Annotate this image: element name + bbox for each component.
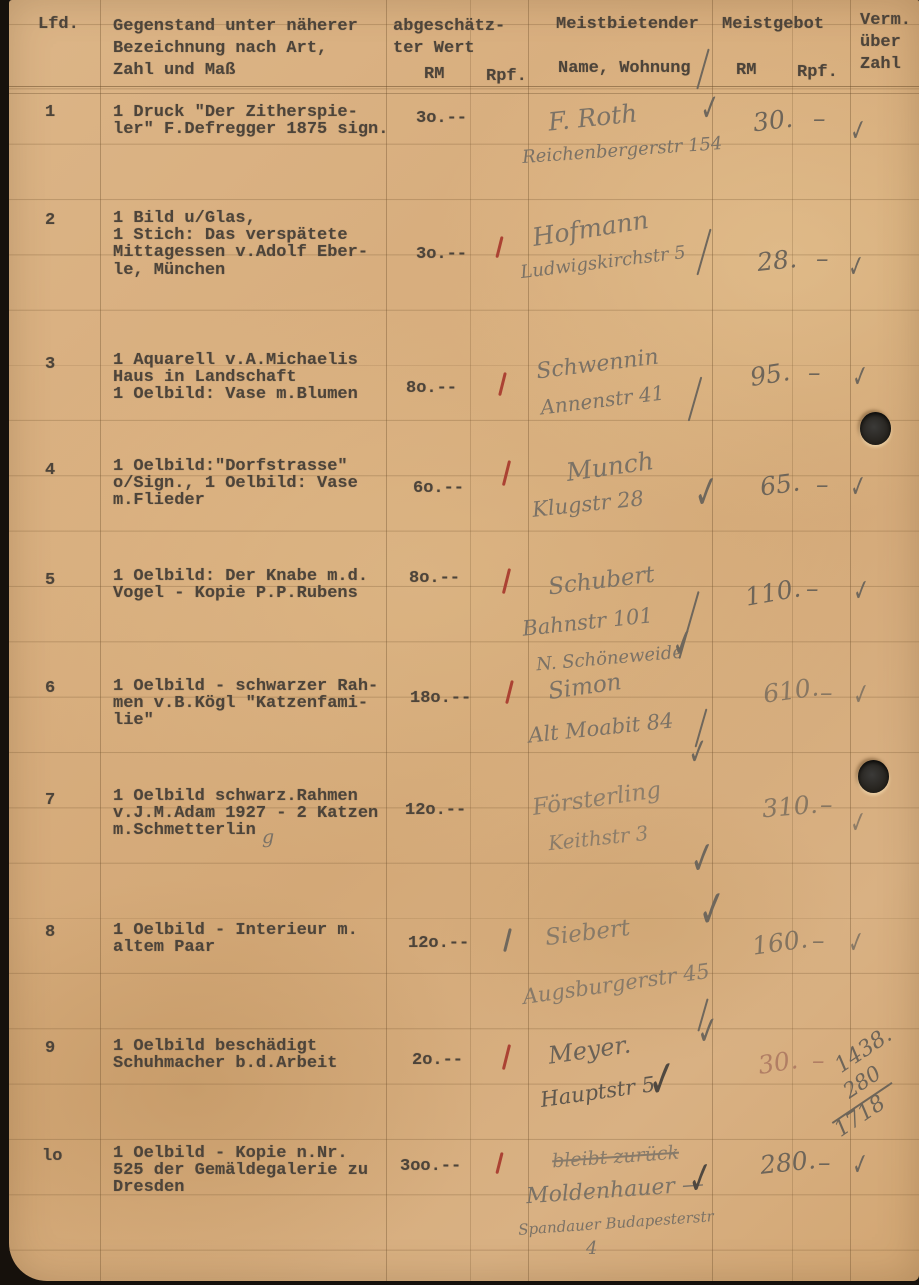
verm-checkmark: ✓ [852, 675, 871, 713]
estimated-value: 8o.-- [409, 570, 460, 587]
row-number: 3 [45, 356, 55, 373]
highest-bid-rpf: – [808, 358, 821, 387]
item-description: 1 Oelbild - Interieur m. altem Paar [113, 922, 358, 956]
item-description: 1 Druck "Der Zitherspie- ler" F.Defregge… [113, 104, 388, 138]
header-rule-bottom [9, 93, 919, 94]
form-horizontal-rules [9, 0, 919, 1281]
row-number: 6 [45, 680, 55, 697]
pencil-checkmark: ✓ [693, 474, 721, 514]
row-number: 8 [45, 924, 55, 941]
item-description: 1 Oelbild - Kopie n.Nr. 525 der Gemäldeg… [113, 1145, 368, 1197]
verm-checkmark: ✓ [849, 467, 868, 505]
verm-checkmark: ✓ [851, 1145, 870, 1183]
handwritten-letter-g: g [262, 826, 274, 848]
header-verm: Verm. über Zahl [860, 10, 911, 76]
header-rule-top [9, 86, 919, 87]
column-rule-meistbietender [712, 0, 713, 1281]
hole-punch-bottom [858, 760, 889, 793]
highest-bid-rm: 30. [756, 1045, 800, 1080]
verm-checkmark: ✓ [849, 803, 868, 841]
highest-bid-rm: 280. [759, 1145, 817, 1180]
hole-punch-top [860, 412, 891, 445]
column-rule-wert-rm-rpf [470, 0, 471, 1281]
column-rule-gebot-rm-rpf [792, 0, 793, 1281]
highest-bid-rm: 28. [756, 244, 799, 277]
highest-bid-rpf: – [816, 470, 829, 499]
highest-bid-rpf: – [820, 678, 833, 707]
verm-checkmark: ✓ [851, 357, 870, 395]
row-number: 7 [45, 792, 55, 809]
estimated-value: 6o.-- [413, 480, 464, 497]
pencil-checkmark: ✓ [697, 890, 728, 930]
pencil-checkmark: ✓ [671, 624, 695, 663]
item-description: 1 Oelbild beschädigt Schuhmacher b.d.Arb… [113, 1038, 337, 1072]
pencil-checkmark: ✓ [687, 733, 710, 772]
item-description: 1 Oelbild - schwarzer Rah- men v.B.Kögl … [113, 678, 378, 730]
item-description: 1 Bild u/Glas, 1 Stich: Das verspätete M… [113, 210, 368, 279]
header-gebot-rm: RM [736, 62, 756, 79]
header-meistgebot: Meistgebot [722, 16, 824, 33]
estimated-value: 12o.-- [405, 802, 466, 819]
estimated-value: 3oo.-- [400, 1158, 461, 1175]
highest-bid-rpf: – [813, 104, 826, 133]
verm-checkmark: ✓ [847, 247, 866, 285]
pencil-checkmark: ✓ [696, 1012, 720, 1051]
row-number: 5 [45, 572, 55, 589]
estimated-value: 2o.-- [412, 1052, 463, 1069]
header-name-wohnung: Name, Wohnung [558, 60, 691, 77]
estimated-value: 8o.-- [406, 380, 457, 397]
row-number: 1 [45, 104, 55, 121]
header-lfd: Lfd. [38, 16, 79, 33]
estimated-value: 12o.-- [408, 935, 469, 952]
highest-bid-rm: 95. [748, 357, 792, 392]
highest-bid-rpf: – [818, 1148, 831, 1177]
highest-bid-rpf: – [806, 574, 819, 603]
highest-bid-rpf: – [812, 1046, 825, 1075]
header-wert-rpf: Rpf. [486, 68, 527, 85]
column-rule-wert [528, 0, 529, 1281]
verm-checkmark: ✓ [849, 111, 868, 149]
header-gegenstand: Gegenstand unter näherer Bezeichnung nac… [113, 16, 358, 82]
row-number: 4 [45, 462, 55, 479]
pencil-checkmark: ✓ [689, 840, 717, 880]
highest-bid-rpf: – [812, 926, 825, 955]
highest-bid-rm: 65. [758, 467, 801, 501]
header-wert-rm: RM [424, 66, 444, 83]
item-description: 1 Oelbild schwarz.Rahmen v.J.M.Adam 1927… [113, 788, 378, 840]
estimated-value: 3o.-- [416, 110, 467, 127]
bidder-address-line2: 4 [586, 1238, 597, 1259]
column-rule-lfd [100, 0, 101, 1281]
highest-bid-rm: 310. [761, 790, 819, 824]
highest-bid-rm: 30. [751, 104, 794, 138]
header-meistbietender: Meistbietender [556, 16, 699, 33]
pencil-checkmark: ✓ [687, 1160, 715, 1200]
row-number: 9 [45, 1040, 55, 1057]
item-description: 1 Oelbild:"Dorfstrasse" o/Sign., 1 Oelbi… [113, 458, 358, 510]
estimated-value: 3o.-- [416, 246, 467, 263]
verm-checkmark: ✓ [847, 923, 866, 961]
row-number: 2 [45, 212, 55, 229]
header-gebot-rpf: Rpf. [797, 64, 838, 81]
highest-bid-rpf: – [820, 790, 833, 819]
verm-checkmark: ✓ [852, 571, 871, 609]
item-description: 1 Oelbild: Der Knabe m.d. Vogel - Kopie … [113, 568, 368, 602]
pencil-checkmark: ✓ [647, 1060, 678, 1100]
header-wert: abgeschätz- ter Wert [393, 16, 505, 60]
pencil-checkmark: ✓ [699, 89, 722, 128]
highest-bid-rpf: – [816, 244, 829, 273]
column-rule-gegenstand [386, 0, 387, 1281]
estimated-value: 18o.-- [410, 690, 471, 707]
item-description: 1 Aquarell v.A.Michaelis Haus in Landsch… [113, 352, 358, 404]
row-number: lo [42, 1148, 62, 1165]
